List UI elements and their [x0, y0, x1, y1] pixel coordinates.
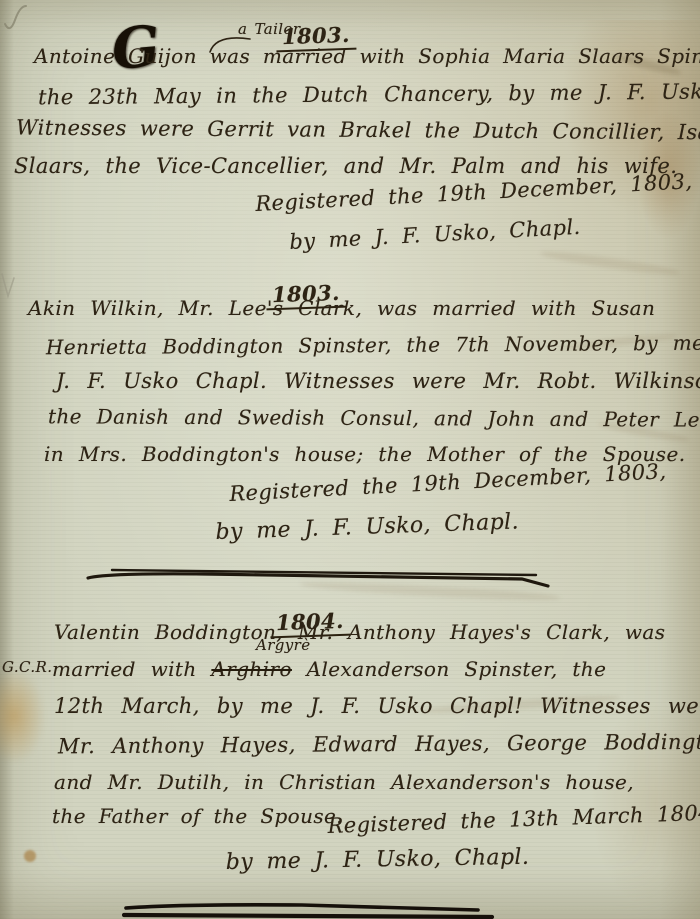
pencil-mark-icon: [0, 272, 20, 302]
register-line: J. F. Usko Chapl. Witnesses were Mr. Rob…: [56, 369, 700, 393]
interline-insertion: a Tailor.: [238, 20, 304, 38]
ink-bleedthrough: [540, 248, 680, 277]
register-line: married with Arghiro Alexanderson Spinst…: [52, 657, 606, 681]
struck-out-name: Arghiro: [211, 657, 292, 681]
register-line: and Mr. Dutilh, in Christian Alexanderso…: [54, 770, 634, 794]
register-line: the Danish and Swedish Consul, and John …: [48, 404, 700, 432]
paper-stain: [24, 850, 36, 862]
register-line: Akin Wilkin, Mr. Lee's Clark, was marrie…: [28, 296, 655, 320]
registration-note-line: by me J. F. Usko, Chapl.: [215, 509, 519, 545]
register-line: the Father of the Spouse.: [52, 804, 343, 828]
register-line: the 23th May in the Dutch Chancery, by m…: [38, 79, 700, 110]
manuscript-page: 1803. a Tailor. G Antoine Guijon was mar…: [0, 0, 700, 919]
registration-note-line: Registered the 19th December, 1803,: [229, 459, 667, 506]
paper-stain: [0, 668, 46, 764]
register-line: Antoine Guijon was married with Sophia M…: [34, 44, 700, 68]
ink-divider: [84, 562, 562, 590]
registration-note-line: by me J. F. Usko, Chapl.: [226, 845, 530, 875]
line-segment: married with: [52, 657, 211, 681]
interline-correction: Argyrè: [256, 636, 311, 654]
pencil-checkmark-icon: [2, 2, 42, 42]
register-line: Valentin Boddington, Mr. Anthony Hayes's…: [54, 620, 665, 644]
registration-note-line: by me J. F. Usko, Chapl.: [289, 215, 581, 254]
register-line: Witnesses were Gerrit van Brakel the Dut…: [16, 115, 700, 144]
registration-note-line: Registered the 13th March 1804,: [327, 800, 700, 838]
register-line: Henrietta Boddington Spinster, the 7th N…: [46, 331, 700, 360]
ink-divider: [122, 902, 502, 919]
line-segment: Alexanderson Spinster, the: [292, 657, 606, 681]
margin-initials: G.C.R.: [2, 658, 52, 676]
register-line: Mr. Anthony Hayes, Edward Hayes, George …: [58, 730, 700, 759]
register-line: 12th March, by me J. F. Usko Chapl! Witn…: [54, 694, 700, 718]
